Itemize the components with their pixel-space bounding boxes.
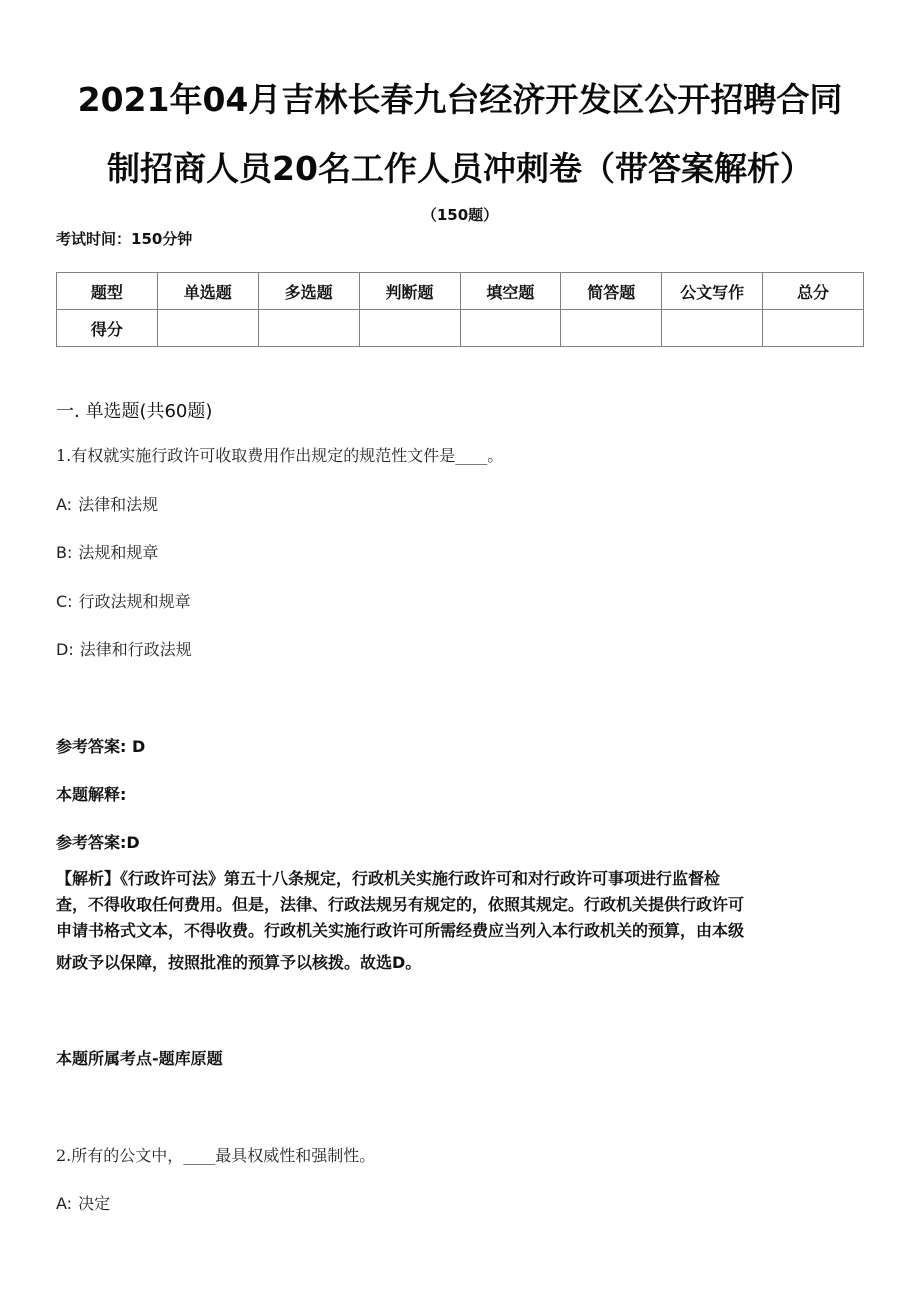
question-1-explanation-label: 本题解释: xyxy=(56,782,126,805)
question-1-option-a: A:法律和法规 xyxy=(56,492,158,515)
score-table-header-cell: 判断题 xyxy=(359,273,460,310)
explanation-line: 申请书格式文本，不得收费。行政机关实施行政许可所需经费应当列入本行政机关的预算，… xyxy=(56,918,866,944)
question-1-answer: 参考答案: D xyxy=(56,734,145,757)
option-key: A: xyxy=(56,1194,72,1213)
question-count: （150题） xyxy=(0,204,920,225)
option-key: D: xyxy=(56,640,74,659)
explanation-line: 【解析】《行政许可法》第五十八条规定，行政机关实施行政许可和对行政许可事项进行监… xyxy=(56,866,866,892)
document-title-line-1: 2021年04月吉林长春九台经济开发区公开招聘合同 xyxy=(0,74,920,121)
option-key: A: xyxy=(56,495,72,514)
score-cell xyxy=(662,310,763,347)
option-key: B: xyxy=(56,543,72,562)
section-heading: 一. 单选题(共60题) xyxy=(56,397,212,423)
score-cell xyxy=(763,310,864,347)
score-table-header-cell: 单选题 xyxy=(157,273,258,310)
option-key: C: xyxy=(56,592,73,611)
score-table-header-row: 题型 单选题 多选题 判断题 填空题 简答题 公文写作 总分 xyxy=(57,273,864,310)
score-cell xyxy=(460,310,561,347)
score-table-header-cell: 题型 xyxy=(57,273,158,310)
option-text: 法律和法规 xyxy=(78,495,158,514)
score-table: 题型 单选题 多选题 判断题 填空题 简答题 公文写作 总分 得分 xyxy=(56,272,864,347)
question-1-option-c: C:行政法规和规章 xyxy=(56,589,191,612)
score-table-header-cell: 简答题 xyxy=(561,273,662,310)
explanation-line: 财政予以保障，按照批准的预算予以核拨。故选D。 xyxy=(56,950,866,976)
score-table-header-cell: 总分 xyxy=(763,273,864,310)
document-title-line-2: 制招商人员20名工作人员冲刺卷（带答案解析） xyxy=(0,143,920,190)
question-1-stem: 1.有权就实施行政许可收取费用作出规定的规范性文件是____。 xyxy=(56,443,503,466)
question-1-answer-repeat: 参考答案:D xyxy=(56,830,140,853)
exam-time: 考试时间：150分钟 xyxy=(56,228,192,249)
option-text: 法律和行政法规 xyxy=(80,640,192,659)
score-table-header-cell: 多选题 xyxy=(258,273,359,310)
question-1-explanation: 【解析】《行政许可法》第五十八条规定，行政机关实施行政许可和对行政许可事项进行监… xyxy=(56,866,866,976)
question-1-option-b: B:法规和规章 xyxy=(56,540,158,563)
question-2-stem: 2.所有的公文中，____最具权威性和强制性。 xyxy=(56,1143,375,1166)
option-text: 决定 xyxy=(78,1194,110,1213)
score-table-header-cell: 填空题 xyxy=(460,273,561,310)
option-text: 行政法规和规章 xyxy=(79,592,191,611)
score-row-label: 得分 xyxy=(57,310,158,347)
question-1-topic: 本题所属考点-题库原题 xyxy=(56,1046,223,1069)
score-cell xyxy=(561,310,662,347)
question-1-option-d: D:法律和行政法规 xyxy=(56,637,192,660)
question-2-option-a: A:决定 xyxy=(56,1191,110,1214)
score-cell xyxy=(359,310,460,347)
score-table-header-cell: 公文写作 xyxy=(662,273,763,310)
option-text: 法规和规章 xyxy=(78,543,158,562)
score-cell xyxy=(157,310,258,347)
score-cell xyxy=(258,310,359,347)
score-table-score-row: 得分 xyxy=(57,310,864,347)
explanation-line: 查，不得收取任何费用。但是，法律、行政法规另有规定的，依照其规定。行政机关提供行… xyxy=(56,892,866,918)
